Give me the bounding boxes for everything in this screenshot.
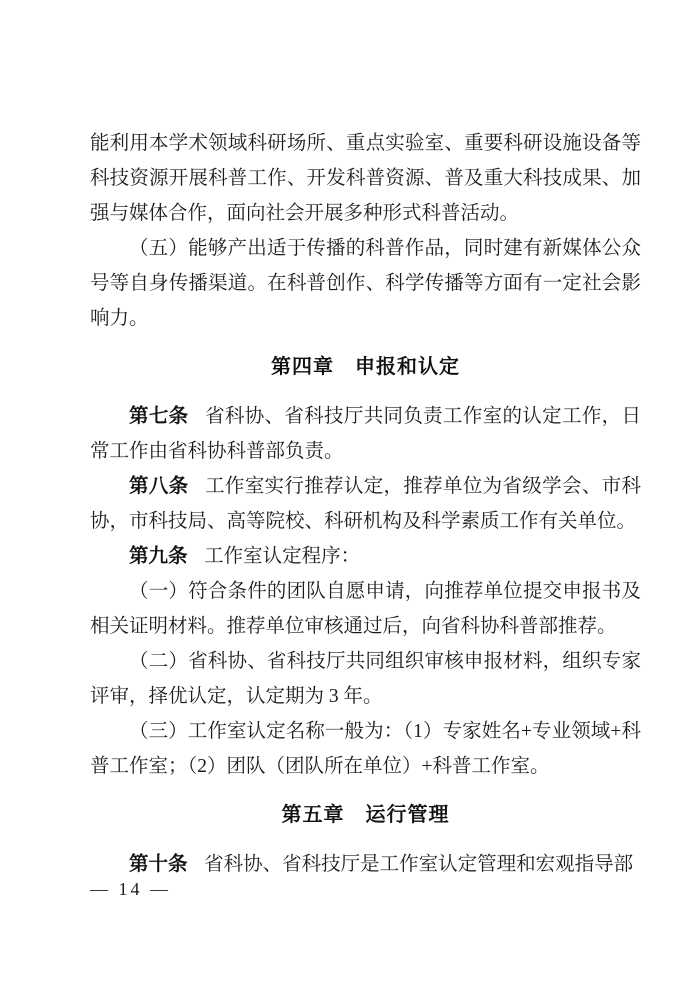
document-content: 能利用本学术领域科研场所、重点实验室、重要科研设施设备等科技资源开展科普工作、开… <box>90 126 641 882</box>
paragraph-item-1: （一）符合条件的团队自愿申请，向推荐单位提交申报书及相关证明材料。推荐单位审核通… <box>90 574 641 644</box>
article-text-9: 工作室认定程序： <box>204 546 360 567</box>
page-number: — 14 — <box>90 879 171 899</box>
article-paragraph-7: 第七条省科协、省科技厅共同负责工作室的认定工作，日常工作由省科协科普部负责。 <box>90 399 641 469</box>
article-paragraph-9: 第九条工作室认定程序： <box>90 539 641 574</box>
document-page: 能利用本学术领域科研场所、重点实验室、重要科研设施设备等科技资源开展科普工作、开… <box>0 0 700 989</box>
article-number-8: 第八条 <box>129 475 189 497</box>
chapter-heading-5: 第五章 运行管理 <box>90 798 641 833</box>
paragraph-item-5: （五）能够产出适于传播的科普作品，同时建有新媒体公众号等自身传播渠道。在科普创作… <box>90 231 641 336</box>
paragraph-continuation: 能利用本学术领域科研场所、重点实验室、重要科研设施设备等科技资源开展科普工作、开… <box>90 126 641 231</box>
page-footer: — 14 — <box>90 879 171 900</box>
paragraph-item-2: （二）省科协、省科技厅共同组织审核申报材料，组织专家评审，择优认定，认定期为 3… <box>90 644 641 714</box>
article-paragraph-10: 第十条省科协、省科技厅是工作室认定管理和宏观指导部 <box>90 847 641 882</box>
article-number-9: 第九条 <box>129 545 188 567</box>
article-number-7: 第七条 <box>129 405 189 427</box>
article-number-10: 第十条 <box>129 853 188 875</box>
chapter-heading-4: 第四章 申报和认定 <box>90 350 641 385</box>
article-paragraph-8: 第八条工作室实行推荐认定，推荐单位为省级学会、市科协，市科技局、高等院校、科研机… <box>90 469 641 539</box>
article-text-10: 省科协、省科技厅是工作室认定管理和宏观指导部 <box>204 854 633 875</box>
paragraph-item-3: （三）工作室认定名称一般为：（1）专家姓名+专业领域+科普工作室；（2）团队（团… <box>90 714 641 784</box>
